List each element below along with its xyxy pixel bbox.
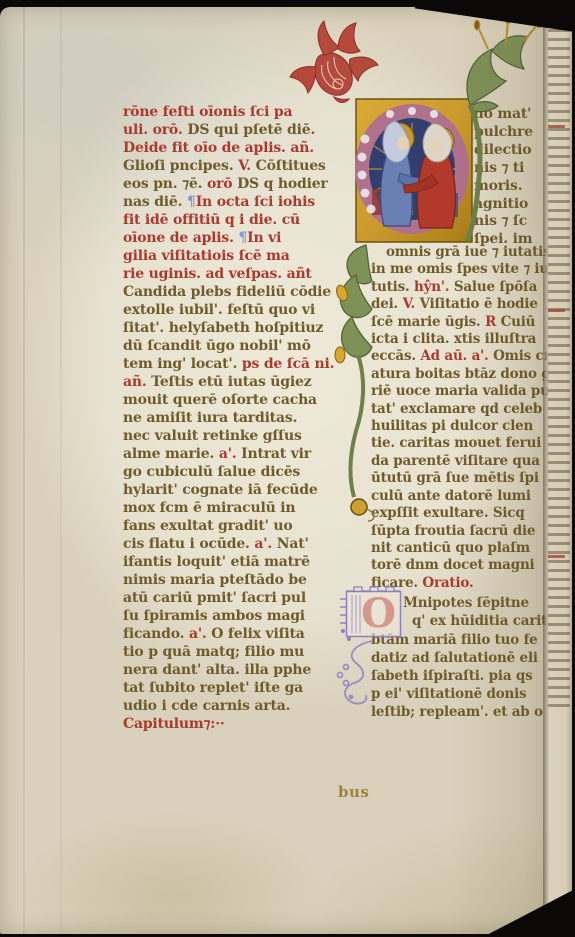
prayer-lines: btām mariā filio tuo fedatiz ad ſalutati…	[371, 631, 551, 721]
text-line: expſſit exultare. Sicq	[371, 505, 550, 522]
text-line: Deide fit oīo de aplis. añ.	[123, 139, 339, 157]
text-line: tem ing' locat'. ps de ſcā ni.	[123, 355, 339, 373]
text-line: cis flatu i ocūde. a'. Nat'	[123, 535, 339, 553]
thistle-ornament-icon	[290, 21, 378, 103]
text-line: eccās. Ad aū. a'. Omis cre	[371, 348, 550, 365]
text-line: Candida plebs fideliū cōdie	[123, 283, 339, 301]
text-line: culū ante datorē lumi	[371, 488, 550, 505]
text-line: ne amiſit iura tarditas.	[123, 409, 339, 427]
figure-elizabeth	[403, 124, 455, 228]
text-line: torē dnm docet magni	[371, 557, 550, 574]
vine-descender-icon	[335, 245, 374, 521]
fore-edge-of-next-page	[543, 7, 572, 934]
text-line: riē uoce maria valida pu	[371, 383, 550, 400]
text-line: ficare. Oratio.	[371, 575, 550, 592]
text-line: ſūpta froutia ſacrū die	[371, 523, 550, 540]
text-line: nas diē. ¶In octa ſci iohis	[123, 193, 339, 211]
text-line: gilia viſitatiois ſcē ma	[123, 247, 339, 265]
text-line: ficando. a'. O felix viſita	[123, 625, 339, 643]
text-line: atū cariū pmit' ſacri pul	[123, 589, 339, 607]
visitation-initial-miniature	[356, 99, 472, 242]
prayer-line-beside-initial: q' ex hūiditia carita	[412, 613, 554, 630]
text-line: q' ex hūiditia carita	[412, 613, 554, 630]
text-line: Glioſi pncipes. V. Cōſtitues	[123, 157, 339, 175]
text-line: fans exultat gradit' uo	[123, 517, 339, 535]
text-line: p ei' viſitationē donis	[371, 685, 551, 703]
text-line: mouit querē oſorte cacha	[123, 391, 339, 409]
text-line: ſabeth iſpiraſti. pia qs	[371, 667, 551, 685]
text-line: fit idē offitiū q i die. cū	[123, 211, 339, 229]
text-line: tat' exclamare qd celeb	[371, 401, 550, 418]
text-line: Capitulum⁊:··	[123, 715, 339, 733]
text-column-right: omnis grā iue ⁊ iutatisin me omis ſpes v…	[371, 244, 550, 592]
text-line: tutis. hŷn'. Salue ſpōſa	[371, 279, 550, 296]
text-line: ifantis loquit' etiā matrē	[123, 553, 339, 571]
parchment-crease	[60, 7, 62, 934]
margin-flourish-icon	[338, 641, 373, 704]
text-line: pulchre	[474, 124, 550, 142]
catchword: bus	[338, 783, 369, 801]
text-line: eos pn. ⁊ē. orō DS q hodier	[123, 175, 339, 193]
fore-edge-text-lines	[548, 11, 570, 707]
halo-icon	[384, 123, 414, 153]
text-line: nec valuit retinke gſſus	[123, 427, 339, 445]
text-line: uli. orō. DS qui pſetē diē.	[123, 121, 339, 139]
text-line: moris.	[474, 178, 550, 196]
text-line: atura boitas btāz dono gi	[371, 366, 550, 383]
text-line: hylarit' cognate iā fecūde	[123, 481, 339, 499]
text-line: datiz ad ſalutationē eli	[371, 649, 551, 667]
text-line: udio i cde carnis arta.	[123, 697, 339, 715]
text-line: oīone de aplis. ¶In vi	[123, 229, 339, 247]
text-column-right-beside-initial: do mat'pulchredilectionis ⁊ timoris.agni…	[474, 106, 550, 249]
text-line: icta i clita. xtis illuſtra	[371, 331, 550, 348]
penwork-initial-o: O	[357, 592, 400, 636]
manuscript-page: rōne feſti oīonis ſci pauli. orō. DS qui…	[0, 7, 572, 934]
text-line: ſitat'. helyſabeth hoſpitiuz	[123, 319, 339, 337]
text-line: dilectio	[474, 142, 550, 160]
text-column-left: rōne feſti oīonis ſci pauli. orō. DS qui…	[123, 103, 339, 733]
fore-edge-rubrication	[548, 309, 565, 312]
text-line: rie uginis. ad veſpas. añt	[123, 265, 339, 283]
text-line: agnitio	[474, 196, 550, 214]
text-line: mox fcm ē miraculū in	[123, 499, 339, 517]
text-line: tie. caritas mouet ferui	[371, 435, 550, 452]
prayer-line-beside-initial: Mnipotes ſēpitne	[403, 595, 553, 612]
text-line: alme marie. a'. Intrat vir	[123, 445, 339, 463]
figure-mary	[381, 121, 435, 226]
text-line: extolle iubil'. feſtū quo vi	[123, 301, 339, 319]
text-line: in me omis ſpes vite ⁊ iu	[371, 261, 550, 278]
text-line: Mnipotes ſēpitne	[403, 595, 553, 612]
text-line: ūtutū grā ſue mētis ſpi	[371, 470, 550, 487]
fore-edge-rubrication	[548, 555, 565, 558]
text-line: huilitas pi dulcor clen	[371, 418, 550, 435]
text-line: dei. V. Viſitatio ē hodie	[371, 296, 550, 313]
text-line: tio p quā matq; filio mu	[123, 643, 339, 661]
text-line: ſcē marie ūgis. R Cuiū	[371, 314, 550, 331]
fore-edge-rubrication	[548, 125, 565, 128]
text-line: omnis grā iue ⁊ iutatis	[371, 244, 550, 261]
text-line: nis ⁊ ſc	[474, 213, 550, 231]
text-line: tat ſubito replet' iſte ga	[123, 679, 339, 697]
text-line: nera dant' alta. illa pphe	[123, 661, 339, 679]
text-line: leſtib; repleam'. et ab o	[371, 703, 551, 721]
text-line: nit canticū quo plaſm	[371, 540, 550, 557]
gold-bezant-icon	[351, 499, 367, 515]
text-line: nis ⁊ ti	[474, 160, 550, 178]
text-line: da parentē viſitare qua	[371, 453, 550, 470]
text-line: do mat'	[474, 106, 550, 124]
halo-icon	[426, 127, 454, 155]
text-line: ſu ſpiramis ambos magi	[123, 607, 339, 625]
text-line: nimis maria pteſtādo be	[123, 571, 339, 589]
manuscript-photo: { "page": { "catchword": "bus", "columns…	[0, 0, 575, 937]
parchment-crease	[23, 7, 25, 934]
text-line: añ. Teſtis etū iutas ūgiez	[123, 373, 339, 391]
gold-rays	[368, 123, 456, 215]
scallop-beads	[358, 107, 439, 214]
text-line: rōne feſti oīonis ſci pa	[123, 103, 339, 121]
text-line: dū ſcandit ūgo nobil' mō	[123, 337, 339, 355]
text-line: go cubiculū ſalue dicēs	[123, 463, 339, 481]
